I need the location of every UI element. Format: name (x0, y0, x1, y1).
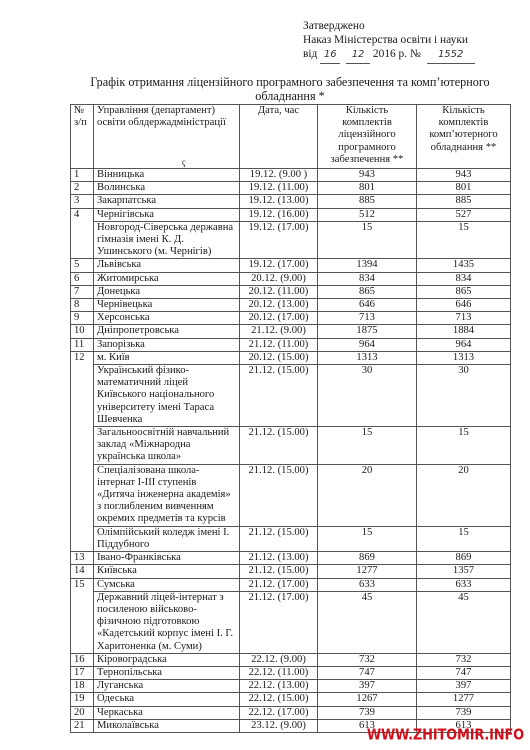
approval-prefix: від (303, 48, 317, 60)
row-department: Закарпатська (94, 195, 240, 208)
row-department: Тернопільська (94, 666, 240, 679)
table-row: 12м. Київ20.12. (15.00)13131313 (71, 351, 511, 364)
header-department: Управління (департамент) освіти облдержа… (94, 105, 240, 169)
table-row: 17Тернопільська22.12. (11.00)747747 (71, 666, 511, 679)
table-subrow: Загальноосвітній навчальний заклад «Міжн… (71, 427, 511, 465)
row-date: 21.12. (15.00) (240, 565, 318, 578)
row-number: 4 (71, 208, 94, 259)
row-hardware-count: 1277 (417, 693, 511, 706)
approval-year: 2016 р. № (373, 48, 421, 60)
row-department: Волинська (94, 182, 240, 195)
row-software-count: 1313 (318, 351, 417, 364)
row-software-count: 512 (318, 208, 417, 221)
subrow-hardware-count: 15 (417, 221, 511, 259)
row-department: Луганська (94, 680, 240, 693)
row-date: 22.12. (11.00) (240, 666, 318, 679)
subrow-date: 21.12. (15.00) (240, 464, 318, 526)
row-software-count: 747 (318, 666, 417, 679)
row-software-count: 1394 (318, 259, 417, 272)
row-number: 15 (71, 578, 94, 653)
row-number: 16 (71, 653, 94, 666)
row-date: 19.12. (9.00 ) (240, 169, 318, 182)
subrow-hardware-count: 45 (417, 591, 511, 653)
row-date: 21.12. (13.00) (240, 552, 318, 565)
row-department: Вінницька (94, 169, 240, 182)
subrow-date: 21.12. (17.00) (240, 591, 318, 653)
row-number: 2 (71, 182, 94, 195)
row-date: 19.12. (11.00) (240, 182, 318, 195)
row-hardware-count: 943 (417, 169, 511, 182)
handwritten-day: 16 (320, 48, 340, 63)
row-software-count: 834 (318, 272, 417, 285)
row-number: 17 (71, 666, 94, 679)
row-department: Дніпропетровська (94, 325, 240, 338)
row-date: 21.12. (17.00) (240, 578, 318, 591)
row-hardware-count: 397 (417, 680, 511, 693)
row-number: 5 (71, 259, 94, 272)
table-body: 1Вінницька19.12. (9.00 )9439432Волинська… (71, 169, 511, 733)
table-row: 7Донецька20.12. (11.00)865865 (71, 285, 511, 298)
row-department: Запорізька (94, 338, 240, 351)
row-date: 21.12. (9.00) (240, 325, 318, 338)
row-software-count: 801 (318, 182, 417, 195)
pen-mark-icon: ҁ (182, 157, 186, 167)
row-department: Кіровоградська (94, 653, 240, 666)
row-department: Львівська (94, 259, 240, 272)
row-hardware-count: 1357 (417, 565, 511, 578)
row-hardware-count: 1313 (417, 351, 511, 364)
row-software-count: 964 (318, 338, 417, 351)
table-row: 6Житомирська20.12. (9.00)834834 (71, 272, 511, 285)
row-software-count: 1267 (318, 693, 417, 706)
table-row: 9Херсонська20.12. (17.00)713713 (71, 312, 511, 325)
table-subrow: Новгород-Сіверська державна гімназія іме… (71, 221, 511, 259)
row-date: 22.12. (9.00) (240, 653, 318, 666)
row-date: 20.12. (9.00) (240, 272, 318, 285)
row-number: 13 (71, 552, 94, 565)
row-hardware-count: 747 (417, 666, 511, 679)
row-software-count: 646 (318, 299, 417, 312)
row-number: 11 (71, 338, 94, 351)
handwritten-order-number: 1552 (427, 48, 475, 63)
table-row: 13Івано-Франківська21.12. (13.00)869869 (71, 552, 511, 565)
row-department: Одеська (94, 693, 240, 706)
row-date: 20.12. (15.00) (240, 351, 318, 364)
row-number: 21 (71, 719, 94, 732)
row-date: 19.12. (13.00) (240, 195, 318, 208)
table-subrow: Державний ліцей-інтернат з посиленою вій… (71, 591, 511, 653)
row-hardware-count: 633 (417, 578, 511, 591)
row-hardware-count: 964 (417, 338, 511, 351)
row-date: 22.12. (17.00) (240, 706, 318, 719)
row-hardware-count: 646 (417, 299, 511, 312)
row-hardware-count: 1884 (417, 325, 511, 338)
row-number: 8 (71, 299, 94, 312)
row-number: 7 (71, 285, 94, 298)
subrow-date: 21.12. (15.00) (240, 526, 318, 551)
row-department: м. Київ (94, 351, 240, 364)
table-row: 3Закарпатська19.12. (13.00)885885 (71, 195, 511, 208)
header-software: Кількість комплектів ліцензійного програ… (318, 105, 417, 169)
subrow-software-count: 15 (318, 221, 417, 259)
row-hardware-count: 1435 (417, 259, 511, 272)
table-row: 15Сумська21.12. (17.00)633633 (71, 578, 511, 591)
approval-date-line: від 16 12 2016 р. № 1552 (303, 47, 475, 63)
row-date: 19.12. (17.00) (240, 259, 318, 272)
table-row: 11Запорізька21.12. (11.00)964964 (71, 338, 511, 351)
table-row: 8Чернівецька20.12. (13.00)646646 (71, 299, 511, 312)
row-department: Миколаївська (94, 719, 240, 732)
table-row: 14Київська21.12. (15.00)12771357 (71, 565, 511, 578)
row-department: Херсонська (94, 312, 240, 325)
table-row: 1Вінницька19.12. (9.00 )943943 (71, 169, 511, 182)
document-title: Графік отримання ліцензійного програмног… (50, 75, 530, 103)
row-software-count: 885 (318, 195, 417, 208)
row-hardware-count: 713 (417, 312, 511, 325)
row-software-count: 1875 (318, 325, 417, 338)
row-department: Чернігівська (94, 208, 240, 221)
table-row: 5Львівська19.12. (17.00)13941435 (71, 259, 511, 272)
row-number: 19 (71, 693, 94, 706)
row-software-count: 713 (318, 312, 417, 325)
row-department: Івано-Франківська (94, 552, 240, 565)
row-number: 10 (71, 325, 94, 338)
row-hardware-count: 834 (417, 272, 511, 285)
table-header-row: № з/п Управління (департамент) освіти об… (71, 105, 511, 169)
header-hardware: Кількість комплектів комп’ютерного облад… (417, 105, 511, 169)
subrow-institution: Український фізико-математичний ліцей Ки… (94, 365, 240, 427)
row-software-count: 865 (318, 285, 417, 298)
subrow-date: 19.12. (17.00) (240, 221, 318, 259)
row-department: Житомирська (94, 272, 240, 285)
row-date: 23.12. (9.00) (240, 719, 318, 732)
row-number: 20 (71, 706, 94, 719)
row-date: 22.12. (13.00) (240, 680, 318, 693)
subrow-hardware-count: 15 (417, 526, 511, 551)
row-hardware-count: 801 (417, 182, 511, 195)
table-row: 20Черкаська22.12. (17.00)739739 (71, 706, 511, 719)
table-row: 10Дніпропетровська21.12. (9.00)18751884 (71, 325, 511, 338)
subrow-institution: Загальноосвітній навчальний заклад «Міжн… (94, 427, 240, 465)
table-subrow: Український фізико-математичний ліцей Ки… (71, 365, 511, 427)
table-subrow: Спеціалізована школа-інтернат І-ІІІ ступ… (71, 464, 511, 526)
subrow-institution: Державний ліцей-інтернат з посиленою вій… (94, 591, 240, 653)
row-number: 1 (71, 169, 94, 182)
schedule-table: № з/п Управління (департамент) освіти об… (70, 104, 511, 733)
approval-order: Наказ Міністерства освіти і науки (303, 33, 475, 47)
row-software-count: 943 (318, 169, 417, 182)
row-software-count: 869 (318, 552, 417, 565)
table-row: 16Кіровоградська22.12. (9.00)732732 (71, 653, 511, 666)
subrow-date: 21.12. (15.00) (240, 365, 318, 427)
header-number: № з/п (71, 105, 94, 169)
row-date: 19.12. (16.00) (240, 208, 318, 221)
row-hardware-count: 732 (417, 653, 511, 666)
table-row: 19Одеська22.12. (15.00)12671277 (71, 693, 511, 706)
subrow-institution: Спеціалізована школа-інтернат І-ІІІ ступ… (94, 464, 240, 526)
row-number: 6 (71, 272, 94, 285)
row-number: 12 (71, 351, 94, 551)
subrow-software-count: 15 (318, 526, 417, 551)
row-software-count: 633 (318, 578, 417, 591)
approval-heading: Затверджено (303, 19, 475, 33)
row-date: 21.12. (11.00) (240, 338, 318, 351)
table-row: 2Волинська19.12. (11.00)801801 (71, 182, 511, 195)
table-row: 4Чернігівська19.12. (16.00)512527 (71, 208, 511, 221)
subrow-date: 21.12. (15.00) (240, 427, 318, 465)
row-department: Черкаська (94, 706, 240, 719)
row-software-count: 739 (318, 706, 417, 719)
table-row: 18Луганська22.12. (13.00)397397 (71, 680, 511, 693)
row-department: Київська (94, 565, 240, 578)
row-number: 9 (71, 312, 94, 325)
subrow-hardware-count: 20 (417, 464, 511, 526)
row-number: 3 (71, 195, 94, 208)
row-software-count: 397 (318, 680, 417, 693)
row-department: Чернівецька (94, 299, 240, 312)
row-number: 14 (71, 565, 94, 578)
handwritten-month: 12 (346, 48, 370, 63)
row-date: 22.12. (15.00) (240, 693, 318, 706)
row-department: Сумська (94, 578, 240, 591)
row-date: 20.12. (11.00) (240, 285, 318, 298)
subrow-hardware-count: 15 (417, 427, 511, 465)
subrow-institution: Новгород-Сіверська державна гімназія іме… (94, 221, 240, 259)
subrow-software-count: 45 (318, 591, 417, 653)
row-hardware-count: 739 (417, 706, 511, 719)
row-hardware-count: 527 (417, 208, 511, 221)
row-number: 18 (71, 680, 94, 693)
watermark: WWW.ZHITOMIR.INFO (367, 727, 524, 744)
table-subrow: Олімпійський коледж імені І. Піддубного2… (71, 526, 511, 551)
subrow-software-count: 15 (318, 427, 417, 465)
subrow-hardware-count: 30 (417, 365, 511, 427)
subrow-software-count: 30 (318, 365, 417, 427)
row-hardware-count: 885 (417, 195, 511, 208)
row-date: 20.12. (13.00) (240, 299, 318, 312)
row-department: Донецька (94, 285, 240, 298)
row-software-count: 1277 (318, 565, 417, 578)
subrow-software-count: 20 (318, 464, 417, 526)
row-software-count: 732 (318, 653, 417, 666)
row-date: 20.12. (17.00) (240, 312, 318, 325)
header-date: Дата, час (240, 105, 318, 169)
subrow-institution: Олімпійський коледж імені І. Піддубного (94, 526, 240, 551)
row-hardware-count: 869 (417, 552, 511, 565)
row-hardware-count: 865 (417, 285, 511, 298)
approval-block: Затверджено Наказ Міністерства освіти і … (303, 19, 475, 64)
